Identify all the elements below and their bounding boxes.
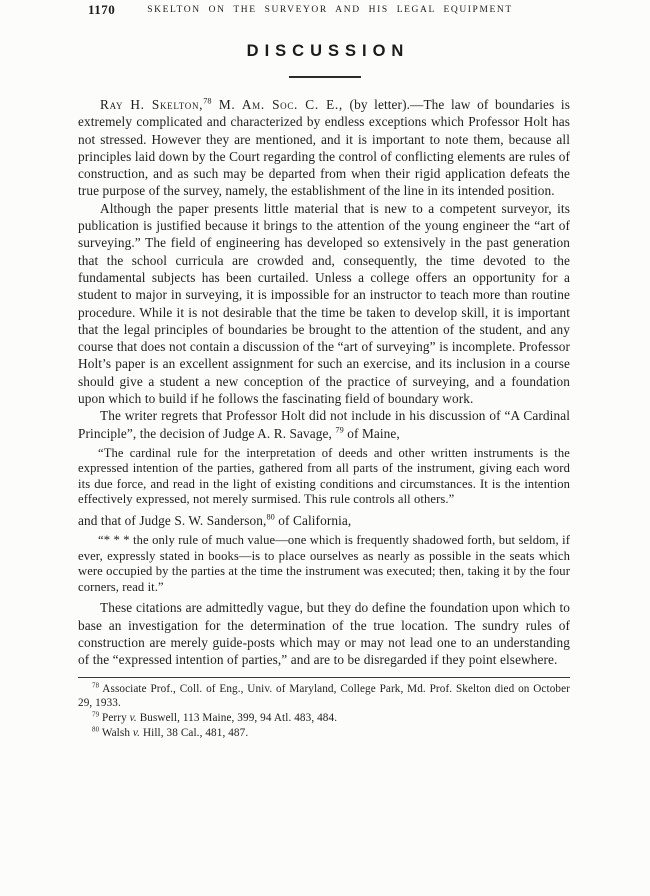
footnote-divider: [78, 677, 570, 678]
text-segment: The writer regrets that Professor Holt d…: [78, 408, 570, 440]
text-segment: “The cardinal rule for the interpretatio…: [78, 446, 570, 507]
text-segment: M. Am. Soc. C. E.,: [212, 97, 343, 112]
text-segment: of California,: [275, 513, 351, 528]
footnote-reference: 79: [335, 425, 343, 434]
text-segment: These citations are admittedly vague, bu…: [78, 600, 570, 667]
section-title: DISCUSSION: [0, 42, 650, 61]
paragraph: Although the paper presents little mater…: [78, 200, 570, 408]
text-segment: v.: [130, 712, 137, 724]
block-quote: “* * * the only rule of much value—one w…: [78, 533, 570, 595]
text-segment: Associate Prof., Coll. of Eng., Univ. of…: [78, 683, 570, 708]
text-segment: of Maine,: [344, 426, 400, 441]
paragraph: The writer regrets that Professor Holt d…: [78, 407, 570, 442]
document-page: 1170 SKELTON ON THE SURVEYOR AND HIS LEG…: [0, 0, 650, 896]
footnote-reference: 78: [203, 97, 211, 106]
text-segment: Ray H. Skelton,: [100, 97, 203, 112]
footnote-list: 78 Associate Prof., Coll. of Eng., Univ.…: [78, 682, 570, 741]
page-number: 1170: [88, 2, 115, 18]
title-divider: [289, 76, 361, 78]
text-segment: (by letter).—The law of boundaries is ex…: [78, 97, 570, 198]
footnotes-section: 78 Associate Prof., Coll. of Eng., Univ.…: [78, 677, 570, 741]
text-segment: Perry: [99, 712, 130, 724]
text-segment: Although the paper presents little mater…: [78, 201, 570, 406]
text-segment: “* * * the only rule of much value—one w…: [78, 533, 570, 594]
text-segment: and that of Judge S. W. Sanderson,: [78, 513, 266, 528]
text-segment: v.: [133, 727, 140, 739]
text-segment: Walsh: [99, 727, 133, 739]
page-header: 1170 SKELTON ON THE SURVEYOR AND HIS LEG…: [0, 0, 650, 21]
footnote: 78 Associate Prof., Coll. of Eng., Univ.…: [78, 682, 570, 710]
paragraph: Ray H. Skelton,78 M. Am. Soc. C. E., (by…: [78, 96, 570, 200]
paragraph: and that of Judge S. W. Sanderson,80 of …: [78, 512, 570, 529]
block-quote: “The cardinal rule for the interpretatio…: [78, 446, 570, 508]
footnote: 79 Perry v. Buswell, 113 Maine, 399, 94 …: [78, 711, 570, 726]
footnote-reference: 80: [266, 513, 274, 522]
text-segment: Buswell, 113 Maine, 399, 94 Atl. 483, 48…: [137, 712, 337, 724]
text-segment: Hill, 38 Cal., 481, 487.: [140, 727, 248, 739]
footnote: 80 Walsh v. Hill, 38 Cal., 481, 487.: [78, 726, 570, 741]
discussion-body: Ray H. Skelton,78 M. Am. Soc. C. E., (by…: [78, 96, 570, 668]
paragraph: These citations are admittedly vague, bu…: [78, 599, 570, 668]
